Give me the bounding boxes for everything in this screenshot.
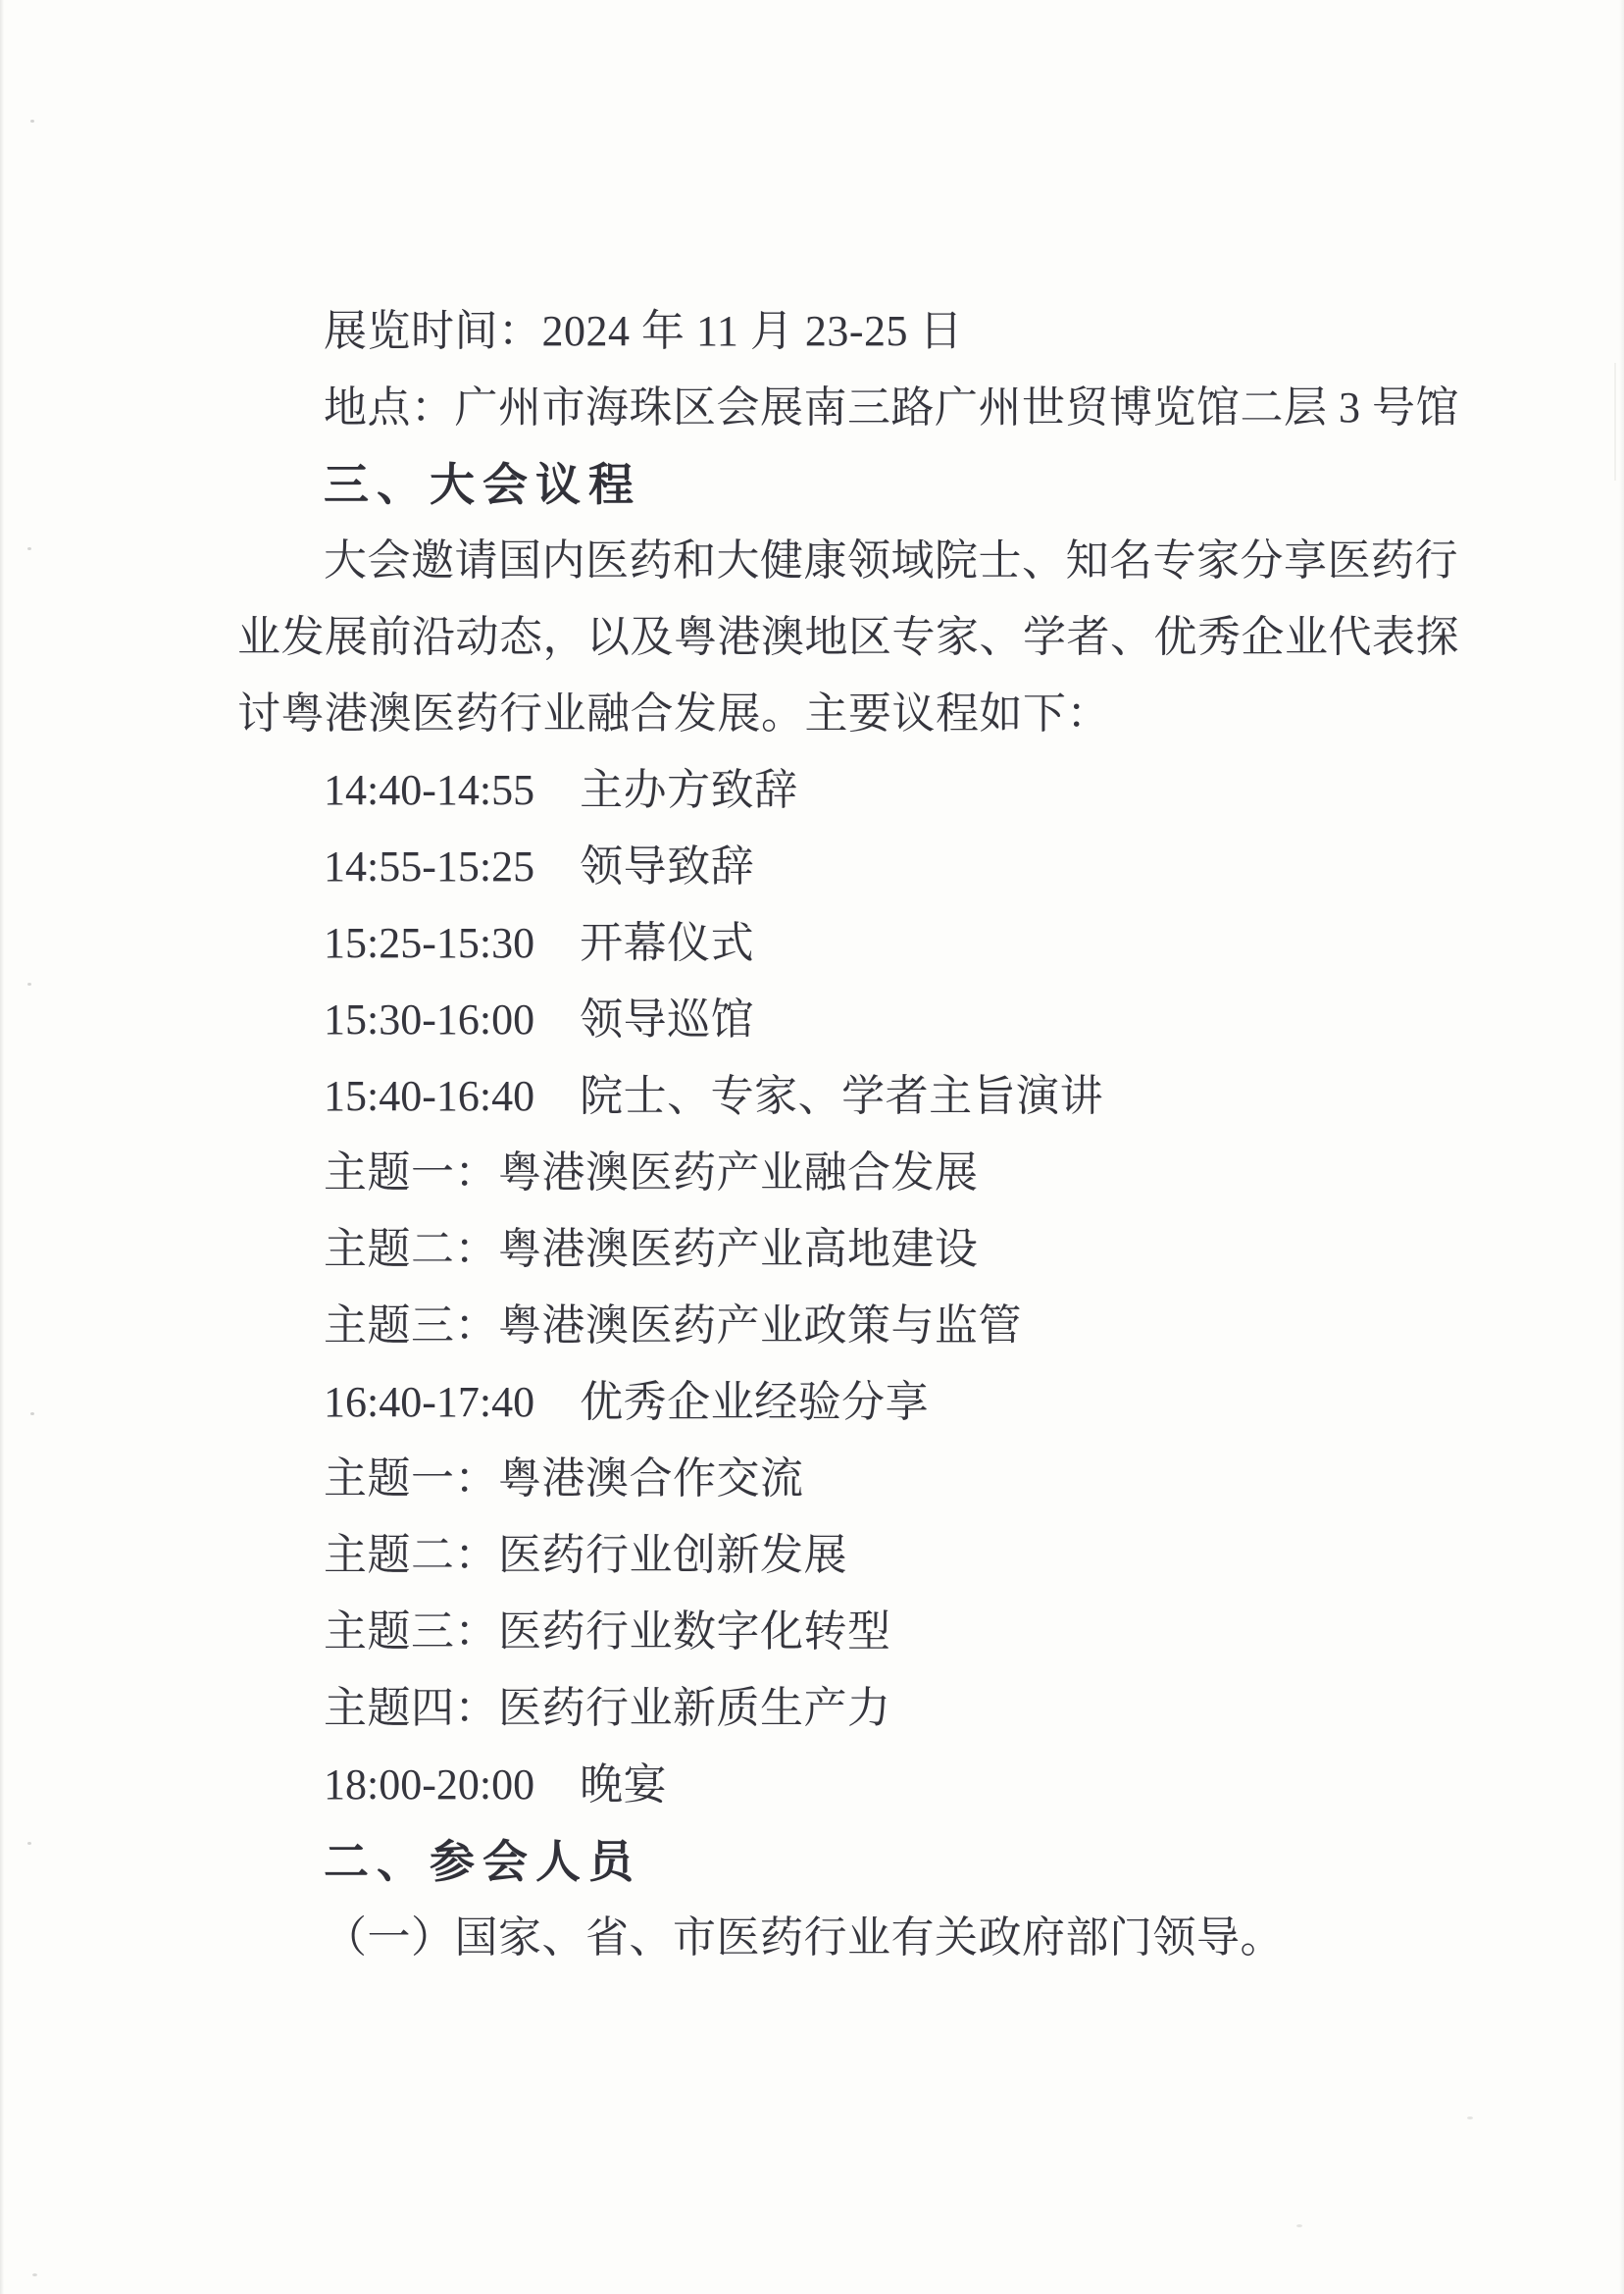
- agenda-title: 院士、专家、学者主旨演讲: [580, 1072, 1103, 1120]
- agenda-section-heading: 三、大会议程: [237, 446, 1483, 523]
- document-body: 展览时间：2024 年 11 月 23-25 日 地点：广州市海珠区会展南三路广…: [237, 293, 1483, 1976]
- keynote-topic-line: 主题三：粤港澳医药产业政策与监管: [237, 1288, 1483, 1364]
- agenda-row: 14:55-15:25领导致辞: [237, 829, 1483, 905]
- scan-speck: [27, 983, 31, 986]
- scan-speck: [1296, 2224, 1302, 2227]
- intro-line-1: 大会邀请国内医药和大健康领域院士、知名专家分享医药行: [237, 523, 1483, 599]
- agenda-row: 15:40-16:40院士、专家、学者主旨演讲: [237, 1058, 1483, 1135]
- scan-speck: [1467, 2116, 1473, 2119]
- agenda-row: 14:40-14:55主办方致辞: [237, 752, 1483, 829]
- sharing-topic-line: 主题二：医药行业创新发展: [237, 1517, 1483, 1594]
- exhibition-time-line: 展览时间：2024 年 11 月 23-25 日: [237, 293, 1483, 370]
- agenda-row: 18:00-20:00晚宴: [237, 1747, 1483, 1823]
- scan-speck: [27, 1842, 31, 1845]
- scanned-document-page: 展览时间：2024 年 11 月 23-25 日 地点：广州市海珠区会展南三路广…: [0, 0, 1624, 2294]
- attendees-item-line: （一）国家、省、市医药行业有关政府部门领导。: [237, 1900, 1483, 1976]
- agenda-title: 领导致辞: [580, 842, 754, 891]
- agenda-time: 14:40-14:55: [324, 752, 534, 829]
- scan-speck: [32, 2273, 37, 2276]
- keynote-topic-line: 主题二：粤港澳医药产业高地建设: [237, 1211, 1483, 1288]
- agenda-title: 主办方致辞: [580, 766, 798, 814]
- agenda-time: 14:55-15:25: [324, 829, 534, 905]
- intro-line-2: 业发展前沿动态，以及粤港澳地区专家、学者、优秀企业代表探: [237, 599, 1483, 676]
- sharing-topic-line: 主题一：粤港澳合作交流: [237, 1441, 1483, 1517]
- agenda-time: 18:00-20:00: [324, 1747, 534, 1823]
- scan-speck: [30, 1412, 34, 1415]
- scan-edge-right: [1619, 0, 1624, 2294]
- agenda-time: 15:30-16:00: [324, 982, 534, 1058]
- agenda-title: 优秀企业经验分享: [580, 1378, 929, 1426]
- keynote-topic-line: 主题一：粤港澳医药产业融合发展: [237, 1135, 1483, 1211]
- scan-speck: [30, 120, 34, 123]
- venue-line: 地点：广州市海珠区会展南三路广州世贸博览馆二层 3 号馆: [237, 370, 1483, 446]
- agenda-title: 开幕仪式: [580, 919, 754, 967]
- intro-line-3: 讨粤港澳医药行业融合发展。主要议程如下：: [237, 676, 1483, 752]
- agenda-title: 晚宴: [580, 1760, 667, 1809]
- agenda-row: 15:25-15:30开幕仪式: [237, 905, 1483, 982]
- scan-speck: [27, 547, 31, 550]
- scan-streak: [1614, 363, 1616, 481]
- sharing-topic-line: 主题四：医药行业新质生产力: [237, 1670, 1483, 1747]
- agenda-row: 16:40-17:40优秀企业经验分享: [237, 1364, 1483, 1441]
- agenda-time: 15:40-16:40: [324, 1058, 534, 1135]
- agenda-time: 15:25-15:30: [324, 905, 534, 982]
- agenda-time: 16:40-17:40: [324, 1364, 534, 1441]
- scan-edge-left: [0, 0, 4, 2294]
- attendees-section-heading: 二、参会人员: [237, 1823, 1483, 1900]
- sharing-topic-line: 主题三：医药行业数字化转型: [237, 1594, 1483, 1670]
- agenda-title: 领导巡馆: [580, 995, 754, 1044]
- agenda-row: 15:30-16:00领导巡馆: [237, 982, 1483, 1058]
